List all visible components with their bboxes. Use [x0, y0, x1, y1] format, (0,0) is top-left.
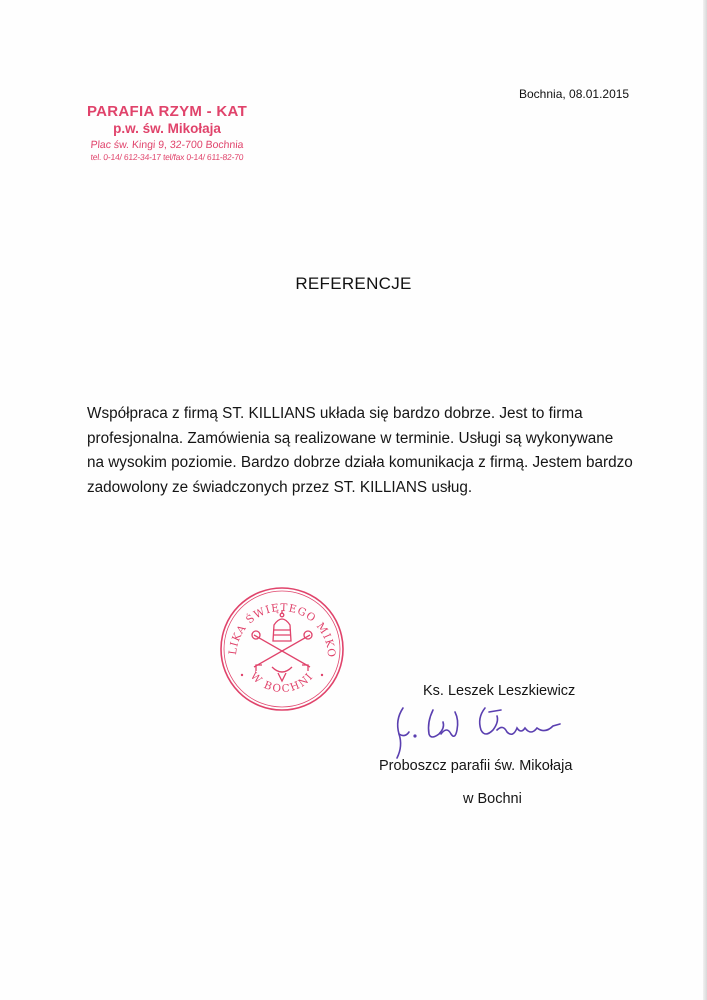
- scan-edge: [703, 0, 707, 1000]
- document-title: REFERENCJE: [0, 274, 707, 294]
- svg-text:W BOCHNI: W BOCHNI: [248, 670, 316, 695]
- seal-bottom-text: W BOCHNI: [248, 670, 316, 695]
- handwritten-signature: [385, 700, 570, 762]
- parish-header-stamp: PARAFIA RZYM - KAT p.w. św. Mikołaja Pla…: [62, 104, 272, 162]
- body-line: Współpraca z firmą ST. KILLIANS układa s…: [87, 402, 647, 427]
- basilica-seal-stamp: BAZYLIKA ŚWIĘTEGO MIKOŁAJA W BOCHNI: [218, 585, 346, 713]
- document-page: PARAFIA RZYM - KAT p.w. św. Mikołaja Pla…: [0, 0, 707, 1000]
- body-line: profesjonalna. Zamówienia są realizowane…: [87, 427, 647, 452]
- body-line: na wysokim poziomie. Bardzo dobrze dział…: [87, 451, 647, 476]
- stamp-line-address: Plac św. Kingi 9, 32-700 Bochnia: [62, 140, 273, 151]
- body-line: zadowolony ze świadczonych przez ST. KIL…: [87, 476, 647, 501]
- stamp-line-parish: PARAFIA RZYM - KAT: [62, 104, 272, 119]
- signatory-place: w Bochni: [463, 791, 522, 807]
- seal-top-text: BAZYLIKA ŚWIĘTEGO MIKOŁAJA: [218, 585, 337, 658]
- date-line: Bochnia, 08.01.2015: [519, 87, 629, 101]
- body-paragraph: Współpraca z firmą ST. KILLIANS układa s…: [87, 402, 647, 500]
- signatory-name: Ks. Leszek Leszkiewicz: [423, 683, 575, 699]
- stamp-line-patron: p.w. św. Mikołaja: [62, 122, 272, 136]
- signatory-role: Proboszcz parafii św. Mikołaja: [379, 758, 572, 774]
- papal-keys-tiara-icon: [252, 610, 312, 681]
- stamp-line-phone: tel. 0-14/ 612-34-17 tel/fax 0-14/ 611-8…: [62, 153, 273, 162]
- svg-text:BAZYLIKA ŚWIĘTEGO MIKOŁAJA: BAZYLIKA ŚWIĘTEGO MIKOŁAJA: [218, 585, 337, 658]
